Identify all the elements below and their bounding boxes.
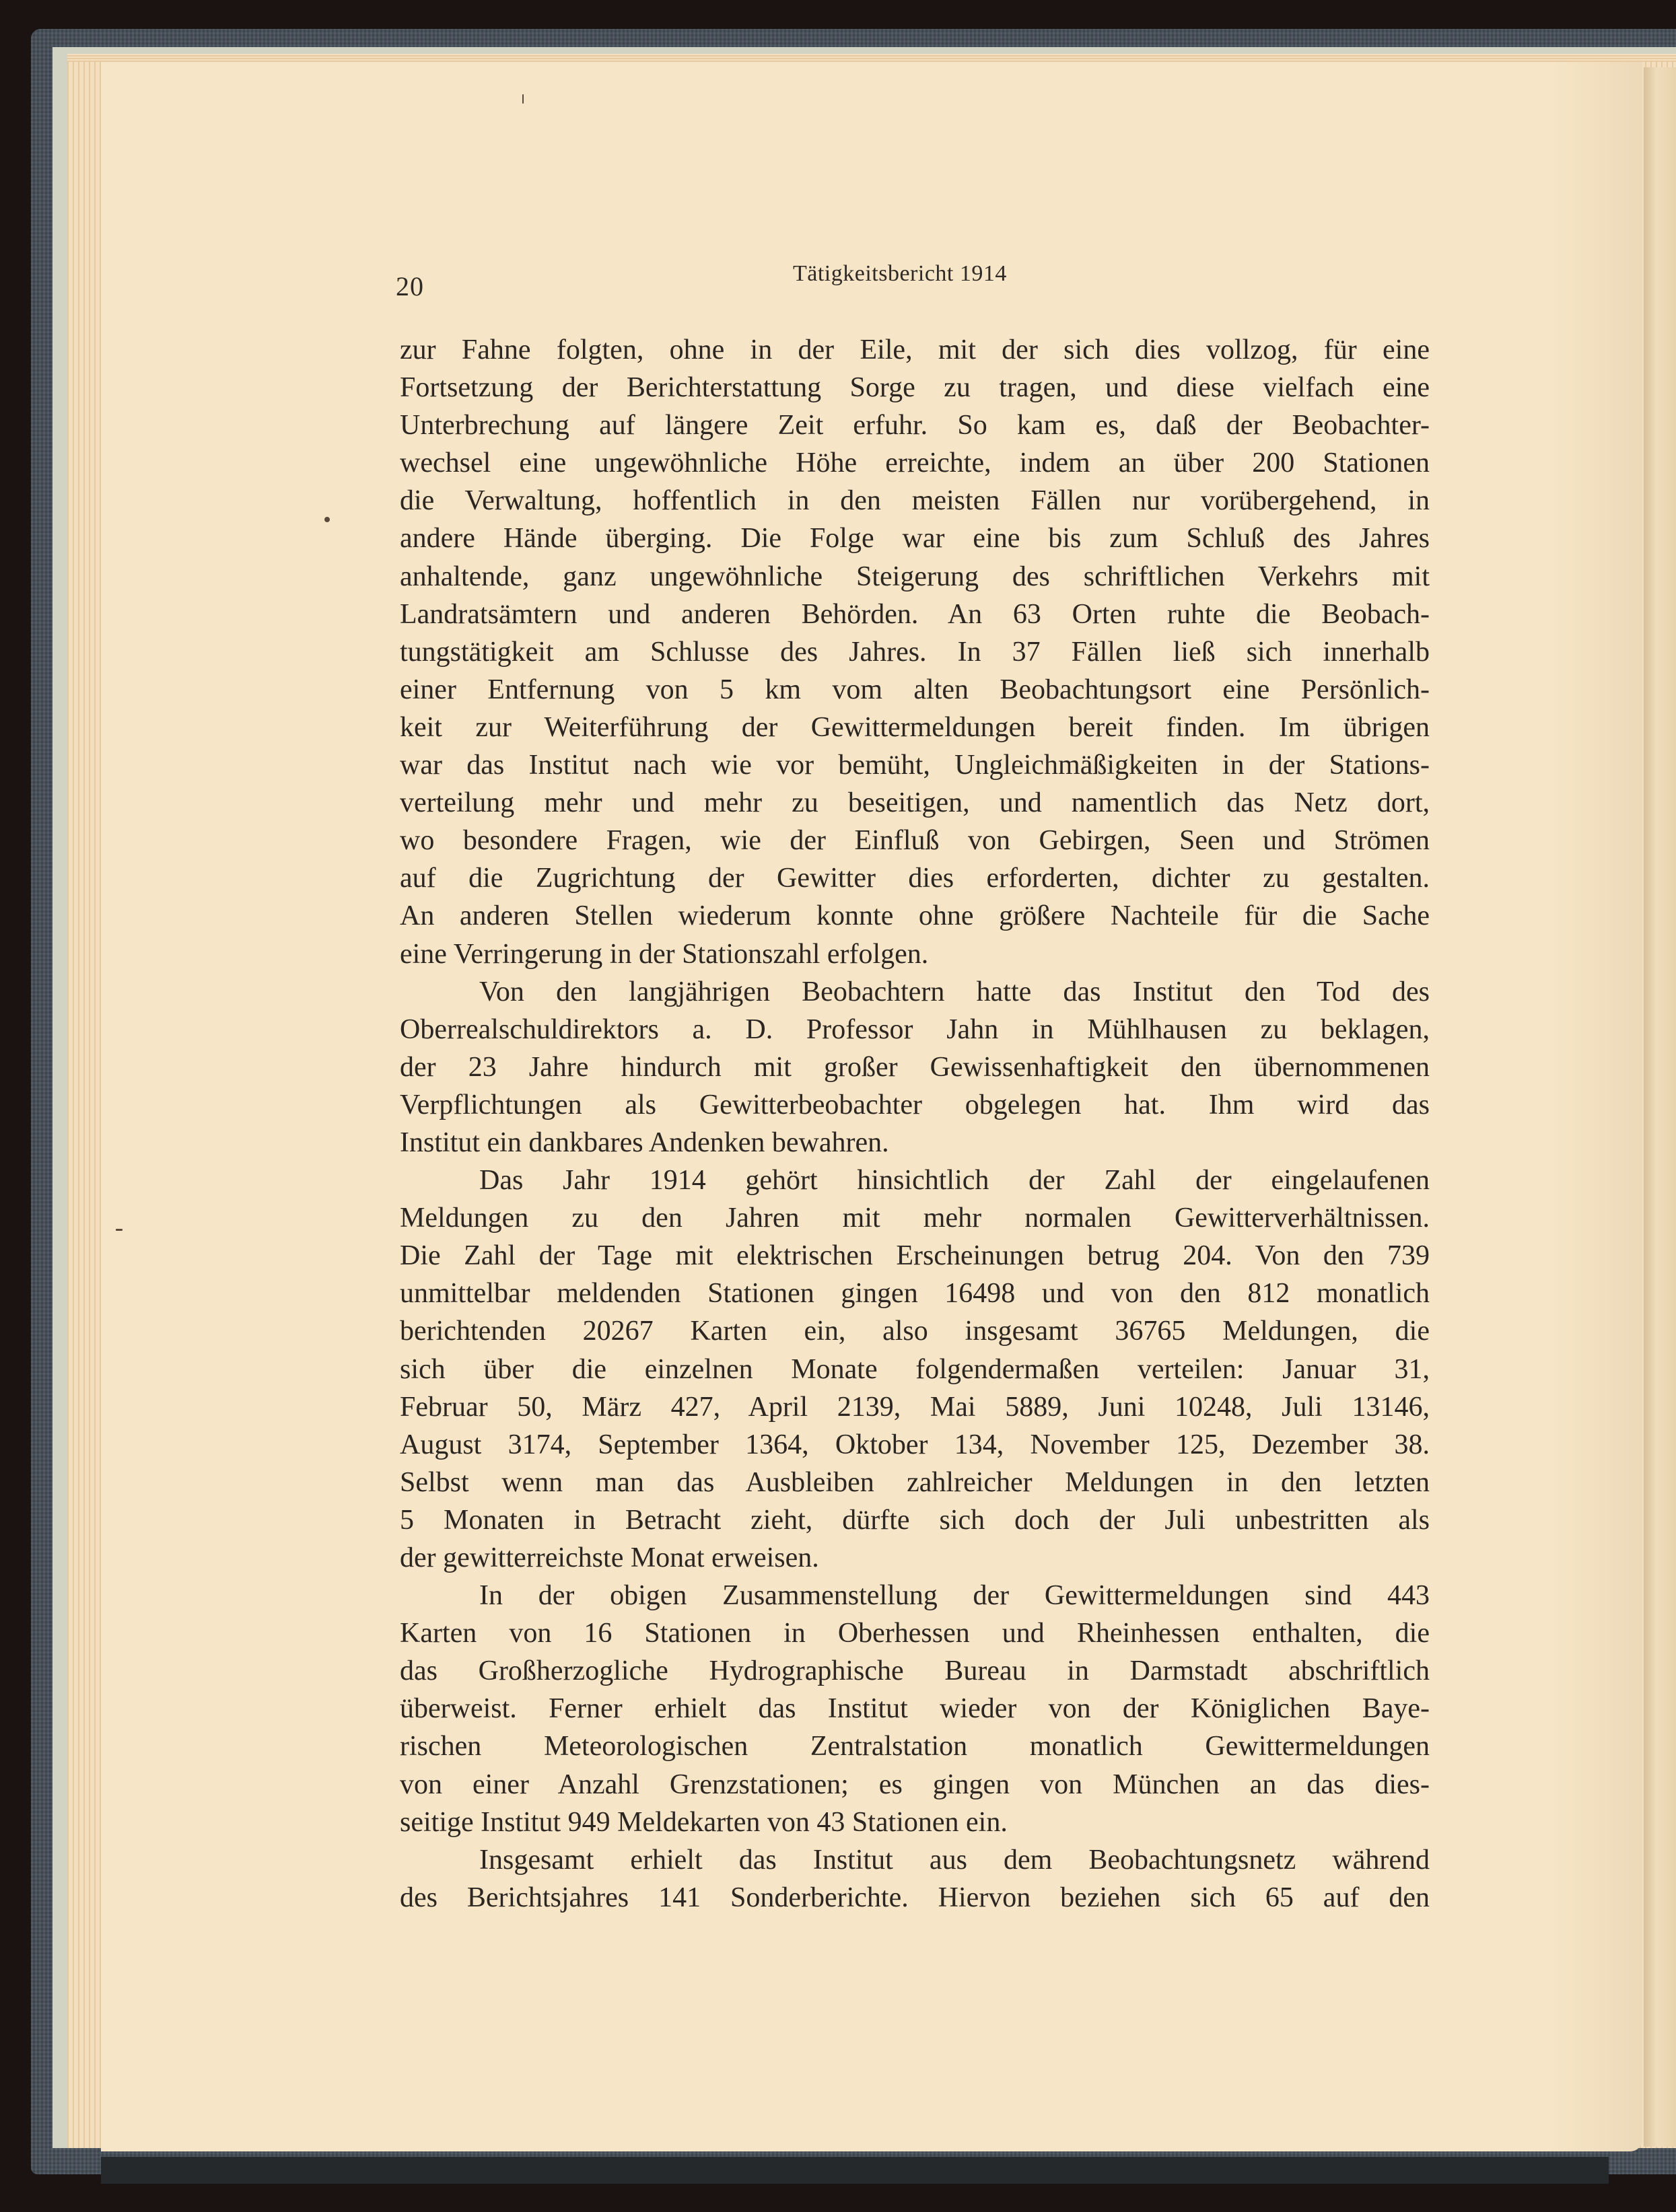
text-line: die Verwaltung, hoffentlich in den meist… (400, 482, 1430, 520)
text-line: wechsel eine ungewöhnliche Höhe erreicht… (400, 444, 1430, 482)
text-line: keit zur Weiterführung der Gewittermeldu… (400, 709, 1430, 746)
paragraph-first-line: Insgesamt erhielt das Institut aus dem B… (400, 1841, 1430, 1879)
page-number: 20 (396, 271, 424, 302)
text-line: rischen Meteorologischen Zentralstation … (400, 1727, 1430, 1765)
text-line: berichtenden 20267 Karten ein, also insg… (400, 1312, 1430, 1350)
text-line: verteilung mehr und mehr zu beseitigen, … (400, 784, 1430, 822)
text-line: wo besondere Fragen, wie der Einfluß von… (400, 822, 1430, 859)
paper-spot (116, 1229, 123, 1231)
text-line: eine Verringerung in der Stationszahl er… (400, 935, 1430, 973)
text-line: sich über die einzelnen Monate folgender… (400, 1351, 1430, 1388)
text-line: Landratsämtern und anderen Behörden. An … (400, 596, 1430, 633)
text-line: andere Hände überging. Die Folge war ein… (400, 520, 1430, 557)
text-line: anhaltende, ganz ungewöhnliche Steigerun… (400, 558, 1430, 596)
text-line: auf die Zugrichtung der Gewitter dies er… (400, 859, 1430, 897)
text-line: von einer Anzahl Grenzstationen; es ging… (400, 1766, 1430, 1804)
text-line: Karten von 16 Stationen in Oberhessen un… (400, 1614, 1430, 1652)
text-line: überweist. Ferner erhielt das Institut w… (400, 1690, 1430, 1727)
paragraph-first-line: In der obigen Zusammenstellung der Gewit… (400, 1577, 1430, 1614)
text-line: zur Fahne folgten, ohne in der Eile, mit… (400, 331, 1430, 369)
paper-spot (324, 517, 330, 522)
running-title: Tätigkeitsbericht 1914 (793, 261, 1007, 287)
paragraph-first-line: Von den langjährigen Beobachtern hatte d… (400, 973, 1430, 1011)
text-line: Fortsetzung der Berichterstattung Sorge … (400, 369, 1430, 406)
text-line: tungstätigkeit am Schlusse des Jahres. I… (400, 633, 1430, 671)
text-line: der 23 Jahre hindurch mit großer Gewisse… (400, 1048, 1430, 1086)
text-line: Februar 50, März 427, April 2139, Mai 58… (400, 1388, 1430, 1426)
body-text: zur Fahne folgten, ohne in der Eile, mit… (400, 331, 1430, 1917)
text-line: Selbst wenn man das Ausbleiben zahlreich… (400, 1464, 1430, 1501)
text-line: 5 Monaten in Betracht zieht, dürfte sich… (400, 1501, 1430, 1539)
page-stack-top-edge (67, 54, 1676, 62)
book-cover-edge (101, 2157, 1609, 2184)
text-line: das Großherzogliche Hydrographische Bure… (400, 1652, 1430, 1690)
text-line: der gewitterreichste Monat erweisen. (400, 1539, 1430, 1577)
text-line: Die Zahl der Tage mit elektrischen Ersch… (400, 1237, 1430, 1275)
text-line: des Berichtsjahres 141 Sonderberichte. H… (400, 1879, 1430, 1917)
paper-spot (522, 94, 524, 104)
running-head: 20 Tätigkeitsbericht 1914 (396, 261, 1432, 301)
text-line: unmittelbar meldenden Stationen gingen 1… (400, 1275, 1430, 1312)
text-line: Oberrealschuldirektors a. D. Professor J… (400, 1011, 1430, 1048)
text-line: Institut ein dankbares Andenken bewahren… (400, 1124, 1430, 1162)
text-line: seitige Institut 949 Meldekarten von 43 … (400, 1804, 1430, 1841)
text-line: Unterbrechung auf längere Zeit erfuhr. S… (400, 406, 1430, 444)
text-line: war das Institut nach wie vor bemüht, Un… (400, 746, 1430, 784)
page-gutter (1644, 67, 1676, 2147)
text-line: August 3174, September 1364, Oktober 134… (400, 1426, 1430, 1464)
paragraph-first-line: Das Jahr 1914 gehört hinsichtlich der Za… (400, 1162, 1430, 1199)
text-line: Meldungen zu den Jahren mit mehr normale… (400, 1199, 1430, 1237)
text-line: An anderen Stellen wiederum konnte ohne … (400, 897, 1430, 935)
text-line: einer Entfernung von 5 km vom alten Beob… (400, 671, 1430, 709)
text-line: Verpflichtungen als Gewitterbeobachter o… (400, 1086, 1430, 1124)
